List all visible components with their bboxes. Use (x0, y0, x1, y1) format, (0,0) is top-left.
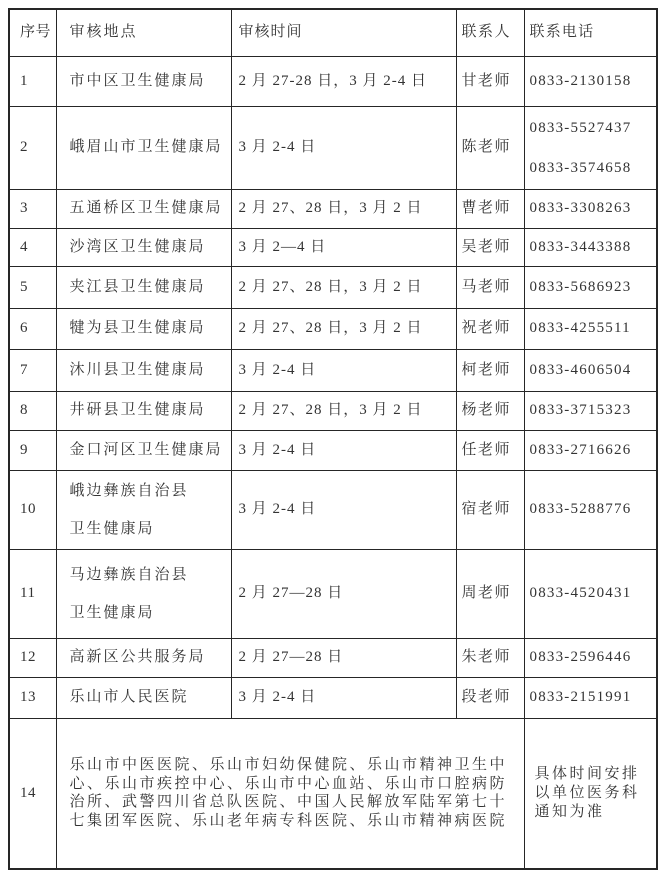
cell-serial: 14 (9, 718, 56, 869)
cell-contact: 段老师 (456, 677, 524, 718)
location-line: 马边彝族自治县 (70, 556, 230, 594)
cell-schedule-note: 具体时间安排以单位医务科通知为准 (524, 718, 657, 869)
location-line: 卫生健康局 (70, 510, 230, 548)
cell-serial: 5 (9, 266, 56, 308)
location-line: 峨边彝族自治县 (70, 472, 230, 510)
cell-serial: 4 (9, 228, 56, 266)
document-page: 序号 审核地点 审核时间 联系人 联系电话 1 市中区卫生健康局 2 月 27-… (0, 0, 664, 873)
table-row: 8 井研县卫生健康局 2 月 27、28 日，3 月 2 日 杨老师 0833-… (9, 391, 657, 430)
cell-time: 3 月 2-4 日 (231, 677, 456, 718)
cell-serial: 6 (9, 308, 56, 349)
cell-serial: 12 (9, 638, 56, 677)
cell-location: 乐山市人民医院 (56, 677, 231, 718)
table-row: 14 乐山市中医医院、乐山市妇幼保健院、乐山市精神卫生中心、乐山市疾控中心、乐山… (9, 718, 657, 869)
table-row: 13 乐山市人民医院 3 月 2-4 日 段老师 0833-2151991 (9, 677, 657, 718)
cell-contact: 杨老师 (456, 391, 524, 430)
cell-serial: 10 (9, 470, 56, 549)
cell-location: 沙湾区卫生健康局 (56, 228, 231, 266)
table-row: 3 五通桥区卫生健康局 2 月 27、28 日，3 月 2 日 曹老师 0833… (9, 189, 657, 228)
cell-serial: 1 (9, 56, 56, 106)
cell-contact: 柯老师 (456, 349, 524, 391)
cell-location: 市中区卫生健康局 (56, 56, 231, 106)
location-line: 卫生健康局 (70, 594, 230, 632)
cell-phone: 0833-2596446 (524, 638, 657, 677)
cell-location: 马边彝族自治县 卫生健康局 (56, 549, 231, 638)
cell-serial: 13 (9, 677, 56, 718)
table-row: 4 沙湾区卫生健康局 3 月 2—4 日 吴老师 0833-3443388 (9, 228, 657, 266)
cell-contact: 吴老师 (456, 228, 524, 266)
cell-serial: 11 (9, 549, 56, 638)
table-row: 12 高新区公共服务局 2 月 27—28 日 朱老师 0833-2596446 (9, 638, 657, 677)
cell-contact: 马老师 (456, 266, 524, 308)
table-row: 5 夹江县卫生健康局 2 月 27、28 日，3 月 2 日 马老师 0833-… (9, 266, 657, 308)
table-row: 11 马边彝族自治县 卫生健康局 2 月 27—28 日 周老师 0833-45… (9, 549, 657, 638)
cell-phone: 0833-3308263 (524, 189, 657, 228)
cell-contact: 任老师 (456, 430, 524, 470)
cell-time: 3 月 2-4 日 (231, 106, 456, 189)
cell-hospital-list: 乐山市中医医院、乐山市妇幼保健院、乐山市精神卫生中心、乐山市疾控中心、乐山市中心… (56, 718, 524, 869)
cell-time: 3 月 2-4 日 (231, 430, 456, 470)
cell-location: 峨眉山市卫生健康局 (56, 106, 231, 189)
cell-time: 3 月 2—4 日 (231, 228, 456, 266)
cell-contact: 周老师 (456, 549, 524, 638)
phone-line: 0833-3574658 (530, 148, 656, 188)
table-row: 1 市中区卫生健康局 2 月 27-28 日，3 月 2-4 日 甘老师 083… (9, 56, 657, 106)
cell-location: 高新区公共服务局 (56, 638, 231, 677)
table-header: 序号 审核地点 审核时间 联系人 联系电话 (9, 9, 657, 56)
cell-phone: 0833-5288776 (524, 470, 657, 549)
cell-phone: 0833-3715323 (524, 391, 657, 430)
header-phone: 联系电话 (524, 9, 657, 56)
table-body: 1 市中区卫生健康局 2 月 27-28 日，3 月 2-4 日 甘老师 083… (9, 56, 657, 869)
cell-phone: 0833-4520431 (524, 549, 657, 638)
cell-serial: 7 (9, 349, 56, 391)
cell-serial: 9 (9, 430, 56, 470)
cell-contact: 陈老师 (456, 106, 524, 189)
cell-contact: 宿老师 (456, 470, 524, 549)
cell-time: 2 月 27—28 日 (231, 638, 456, 677)
cell-phone: 0833-2716626 (524, 430, 657, 470)
phone-line: 0833-5527437 (530, 108, 656, 148)
table-row: 10 峨边彝族自治县 卫生健康局 3 月 2-4 日 宿老师 0833-5288… (9, 470, 657, 549)
cell-location: 犍为县卫生健康局 (56, 308, 231, 349)
cell-time: 2 月 27-28 日，3 月 2-4 日 (231, 56, 456, 106)
cell-serial: 3 (9, 189, 56, 228)
cell-location: 金口河区卫生健康局 (56, 430, 231, 470)
cell-phone: 0833-5686923 (524, 266, 657, 308)
cell-time: 2 月 27、28 日，3 月 2 日 (231, 189, 456, 228)
table-row: 7 沐川县卫生健康局 3 月 2-4 日 柯老师 0833-4606504 (9, 349, 657, 391)
header-serial: 序号 (9, 9, 56, 56)
cell-phone: 0833-2151991 (524, 677, 657, 718)
cell-time: 2 月 27、28 日，3 月 2 日 (231, 266, 456, 308)
cell-time: 2 月 27—28 日 (231, 549, 456, 638)
cell-location: 沐川县卫生健康局 (56, 349, 231, 391)
review-schedule-table: 序号 审核地点 审核时间 联系人 联系电话 1 市中区卫生健康局 2 月 27-… (8, 8, 658, 870)
cell-serial: 8 (9, 391, 56, 430)
table-row: 2 峨眉山市卫生健康局 3 月 2-4 日 陈老师 0833-5527437 0… (9, 106, 657, 189)
cell-phone: 0833-4255511 (524, 308, 657, 349)
cell-phone: 0833-5527437 0833-3574658 (524, 106, 657, 189)
cell-time: 3 月 2-4 日 (231, 349, 456, 391)
cell-location: 夹江县卫生健康局 (56, 266, 231, 308)
cell-location: 五通桥区卫生健康局 (56, 189, 231, 228)
cell-contact: 祝老师 (456, 308, 524, 349)
cell-serial: 2 (9, 106, 56, 189)
cell-time: 2 月 27、28 日，3 月 2 日 (231, 391, 456, 430)
table-row: 6 犍为县卫生健康局 2 月 27、28 日，3 月 2 日 祝老师 0833-… (9, 308, 657, 349)
header-location: 审核地点 (56, 9, 231, 56)
table-row: 9 金口河区卫生健康局 3 月 2-4 日 任老师 0833-2716626 (9, 430, 657, 470)
header-time: 审核时间 (231, 9, 456, 56)
cell-phone: 0833-4606504 (524, 349, 657, 391)
header-row: 序号 审核地点 审核时间 联系人 联系电话 (9, 9, 657, 56)
header-contact: 联系人 (456, 9, 524, 56)
cell-contact: 甘老师 (456, 56, 524, 106)
cell-time: 2 月 27、28 日，3 月 2 日 (231, 308, 456, 349)
cell-location: 井研县卫生健康局 (56, 391, 231, 430)
cell-phone: 0833-2130158 (524, 56, 657, 106)
cell-contact: 曹老师 (456, 189, 524, 228)
cell-location: 峨边彝族自治县 卫生健康局 (56, 470, 231, 549)
cell-phone: 0833-3443388 (524, 228, 657, 266)
cell-contact: 朱老师 (456, 638, 524, 677)
cell-time: 3 月 2-4 日 (231, 470, 456, 549)
